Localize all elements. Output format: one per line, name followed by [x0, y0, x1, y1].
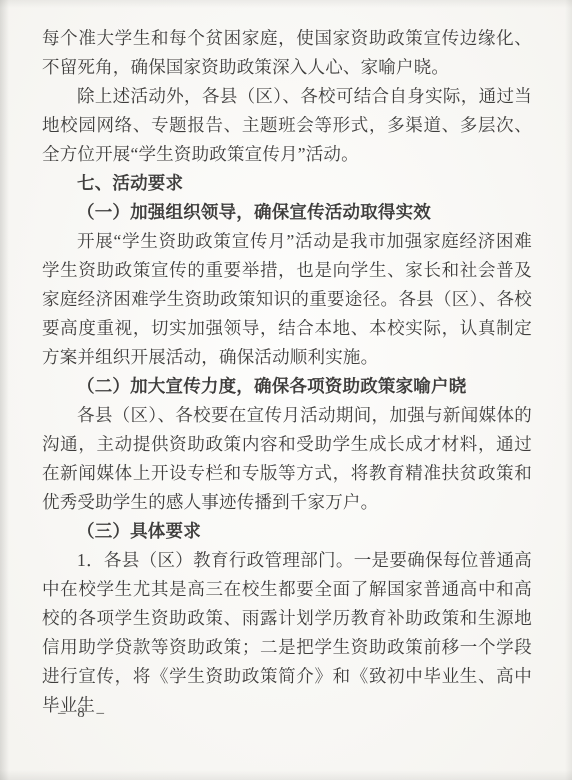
paragraph: 1．各县（区）教育行政管理部门。一是要确保每位普通高中在校学生尤其是高三在校生都… [42, 546, 532, 720]
document-body: 每个准大学生和每个贫困家庭，使国家资助政策宣传边缘化、不留死角，确保国家资助政策… [42, 24, 532, 720]
document-page: { "document": { "paragraphs": [ { "type"… [0, 0, 572, 780]
section-heading: 七、活动要求 [42, 169, 532, 198]
paragraph: 开展“学生资助政策宣传月”活动是我市加强家庭经济困难学生资助政策宣传的重要举措，… [42, 227, 532, 372]
subsection-heading-1: （一）加强组织领导，确保宣传活动取得实效 [42, 198, 532, 227]
paragraph-continuation: 每个准大学生和每个贫困家庭，使国家资助政策宣传边缘化、不留死角，确保国家资助政策… [42, 24, 532, 82]
subsection-heading-2: （二）加大宣传力度，确保各项资助政策家喻户晓 [42, 372, 532, 401]
subsection-heading-3: （三）具体要求 [42, 517, 532, 546]
page-number: – 8 – [58, 702, 108, 724]
paragraph: 除上述活动外，各县（区）、各校可结合自身实际，通过当地校园网络、专题报告、主题班… [42, 82, 532, 169]
paragraph: 各县（区）、各校要在宣传月活动期间，加强与新闻媒体的沟通，主动提供资助政策内容和… [42, 401, 532, 517]
